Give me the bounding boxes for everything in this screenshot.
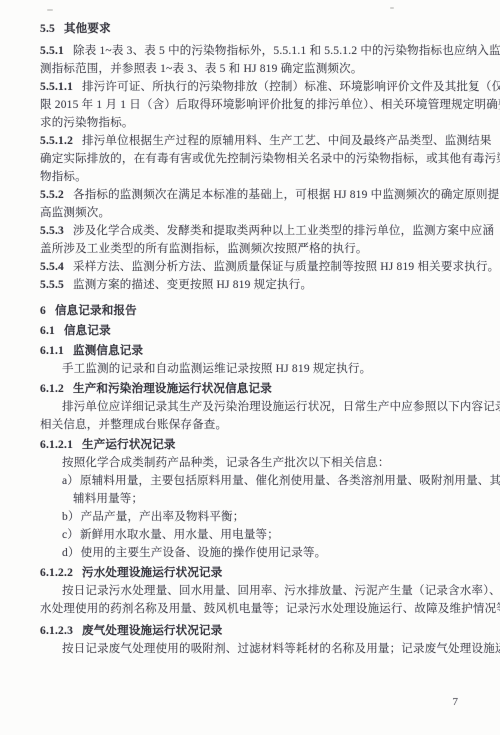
list-text: 原辅料用量，主要包括原料用量、催化剂使用量、各类溶剂用量、吸附剂用量、其他 xyxy=(80,475,500,487)
list-item-a-line-2: 辅料用量等； xyxy=(73,490,470,508)
clause-5-5-1-2-line-3: 物指标。 xyxy=(40,168,470,186)
clause-5-5-4: 5.5.4采样方法、监测分析方法、监测质量保证与质量控制等按照 HJ 819 相… xyxy=(40,258,470,276)
clause-number: 6.1.1 xyxy=(40,345,64,357)
clause-5-5-5: 5.5.5监测方案的描述、变更按照 HJ 819 规定执行。 xyxy=(40,276,470,294)
clause-number: 5.5.3 xyxy=(40,225,64,237)
clause-5-5-1-2-line-1: 5.5.1.2排污单位根据生产过程的原辅用料、生产工艺、中间及最终产品类型、监测… xyxy=(40,132,470,150)
clause-number: 5.5.1.2 xyxy=(40,135,73,147)
page-number: 7 xyxy=(453,696,459,708)
paragraph-6-1-1: 手工监测的记录和自动监测运维记录按照 HJ 819 规定执行。 xyxy=(40,360,470,378)
heading-text: 生产和污染治理设施运行状况信息记录 xyxy=(73,383,272,395)
paragraph-6-1-2-line-1: 排污单位应详细记录其生产及污染治理设施运行状况，日常生产中应参照以下内容记录 xyxy=(40,398,470,416)
heading-text: 废气处理设施运行状况记录 xyxy=(82,625,222,637)
clause-text: 监测方案的描述、变更按照 HJ 819 规定执行。 xyxy=(73,279,312,291)
paragraph-6-1-2-1: 按照化学合成类制药产品种类，记录各生产批次以下相关信息： xyxy=(40,454,470,472)
heading-text: 其他要求 xyxy=(64,23,111,35)
list-item-a-line-1: a）原辅料用量，主要包括原料用量、催化剂使用量、各类溶剂用量、吸附剂用量、其他 xyxy=(62,472,470,490)
subsection-heading-6-1-2-3: 6.1.2.3废气处理设施运行状况记录 xyxy=(40,622,470,640)
clause-text: 涉及化学合成类、发酵类和提取类两种以上工业类型的排污单位，监测方案中应涵 xyxy=(73,225,494,237)
list-marker: c） xyxy=(62,529,79,541)
clause-number: 6.1.2.2 xyxy=(40,567,73,579)
clause-number: 6.1.2 xyxy=(40,383,64,395)
list-marker: a） xyxy=(62,475,79,487)
paragraph-6-1-2-3: 按日记录废气处理使用的吸附剂、过滤材料等耗材的名称及用量；记录废气处理设施运 xyxy=(40,640,470,658)
list-item-c: c）新鲜用水取水量、用水量、用电量等； xyxy=(62,526,470,544)
document-page: 5.5其他要求 5.5.1除表 1~表 3、表 5 中的污染物指标外，5.5.1… xyxy=(0,0,500,735)
clause-number: 6.1.2.1 xyxy=(40,439,73,451)
subsection-heading-6-1-2: 6.1.2生产和污染治理设施运行状况信息记录 xyxy=(40,380,470,398)
list-text: 新鲜用水取水量、用水量、用电量等； xyxy=(80,529,279,541)
clause-text: 各指标的监测频次在满足本标准的基础上，可根据 HJ 819 中监测频次的确定原则… xyxy=(73,189,499,201)
heading-text: 污水处理设施运行状况记录 xyxy=(82,567,222,579)
list-text: 使用的主要生产设备、设施的操作使用记录等。 xyxy=(81,547,327,559)
clause-number: 6 xyxy=(40,305,46,317)
clause-number: 5.5.4 xyxy=(40,261,64,273)
clause-5-5-1-2-line-2: 确定实际排放的，在有毒有害或优先控制污染物相关名录中的污染物指标，或其他有毒污染 xyxy=(40,150,470,168)
heading-text: 监测信息记录 xyxy=(73,345,143,357)
clause-text: 除表 1~表 3、表 5 中的污染物指标外，5.5.1.1 和 5.5.1.2 … xyxy=(73,45,500,57)
clause-5-5-1-1-line-1: 5.5.1.1排污许可证、所执行的污染物排放（控制）标准、环境影响评价文件及其批… xyxy=(40,78,470,96)
list-item-d: d）使用的主要生产设备、设施的操作使用记录等。 xyxy=(62,544,470,562)
scan-artifact xyxy=(390,7,394,9)
clause-5-5-3-line-1: 5.5.3涉及化学合成类、发酵类和提取类两种以上工业类型的排污单位，监测方案中应… xyxy=(40,222,470,240)
section-heading-6-1: 6.1信息记录 xyxy=(40,322,470,340)
clause-number: 6.1 xyxy=(40,325,55,337)
list-text: 产品产量，产出率及物料平衡； xyxy=(81,511,245,523)
clause-number: 5.5.5 xyxy=(40,279,64,291)
clause-number: 5.5.2 xyxy=(40,189,64,201)
heading-text: 信息记录 xyxy=(64,325,111,337)
paragraph-6-1-2-2-line-2: 水处理使用的药剂名称及用量、鼓风机电量等；记录污水处理设施运行、故障及维护情况等… xyxy=(40,600,470,618)
clause-text: 采样方法、监测分析方法、监测质量保证与质量控制等按照 HJ 819 相关要求执行… xyxy=(73,261,499,273)
clause-5-5-2-line-2: 高监测频次。 xyxy=(40,204,470,222)
list-marker: d） xyxy=(62,547,80,559)
list-marker: b） xyxy=(62,511,80,523)
clause-5-5-1-line-2: 测指标范围，并参照表 1~表 3、表 5 和 HJ 819 确定监测频次。 xyxy=(40,60,470,78)
paragraph-6-1-2-line-2: 相关信息，并整理成台账保存备查。 xyxy=(40,416,470,434)
heading-text: 生产运行状况记录 xyxy=(82,439,176,451)
paragraph-6-1-2-2-line-1: 按日记录污水处理量、回水用量、回用率、污水排放量、污泥产生量（记录含水率）、污 xyxy=(40,582,470,600)
clause-number: 5.5.1 xyxy=(40,45,64,57)
clause-number: 5.5 xyxy=(40,23,55,35)
clause-5-5-1-1-line-3: 求的污染物指标。 xyxy=(40,114,470,132)
subsection-heading-6-1-1: 6.1.1监测信息记录 xyxy=(40,342,470,360)
chapter-heading-6: 6信息记录和报告 xyxy=(40,302,470,320)
subsection-heading-6-1-2-2: 6.1.2.2污水处理设施运行状况记录 xyxy=(40,564,470,582)
clause-5-5-1-1-line-2: 限 2015 年 1 月 1 日（含）后取得环境影响评价批复的排污单位）、相关环… xyxy=(40,96,470,114)
clause-5-5-3-line-2: 盖所涉及工业类型的所有监测指标，监测频次按照严格的执行。 xyxy=(40,240,470,258)
subsection-heading-6-1-2-1: 6.1.2.1生产运行状况记录 xyxy=(40,436,470,454)
scan-artifact xyxy=(47,9,53,11)
clause-number: 5.5.1.1 xyxy=(40,81,73,93)
clause-5-5-1-line-1: 5.5.1除表 1~表 3、表 5 中的污染物指标外，5.5.1.1 和 5.5… xyxy=(40,42,470,60)
clause-5-5-2-line-1: 5.5.2各指标的监测频次在满足本标准的基础上，可根据 HJ 819 中监测频次… xyxy=(40,186,470,204)
section-heading-5-5: 5.5其他要求 xyxy=(40,20,470,38)
clause-number: 6.1.2.3 xyxy=(40,625,73,637)
clause-text: 排污许可证、所执行的污染物排放（控制）标准、环境影响评价文件及其批复（仅 xyxy=(82,81,500,93)
page-content: 5.5其他要求 5.5.1除表 1~表 3、表 5 中的污染物指标外，5.5.1… xyxy=(40,20,470,658)
list-item-b: b）产品产量，产出率及物料平衡； xyxy=(62,508,470,526)
clause-text: 排污单位根据生产过程的原辅用料、生产工艺、中间及最终产品类型、监测结果 xyxy=(82,135,492,147)
heading-text: 信息记录和报告 xyxy=(55,305,137,317)
